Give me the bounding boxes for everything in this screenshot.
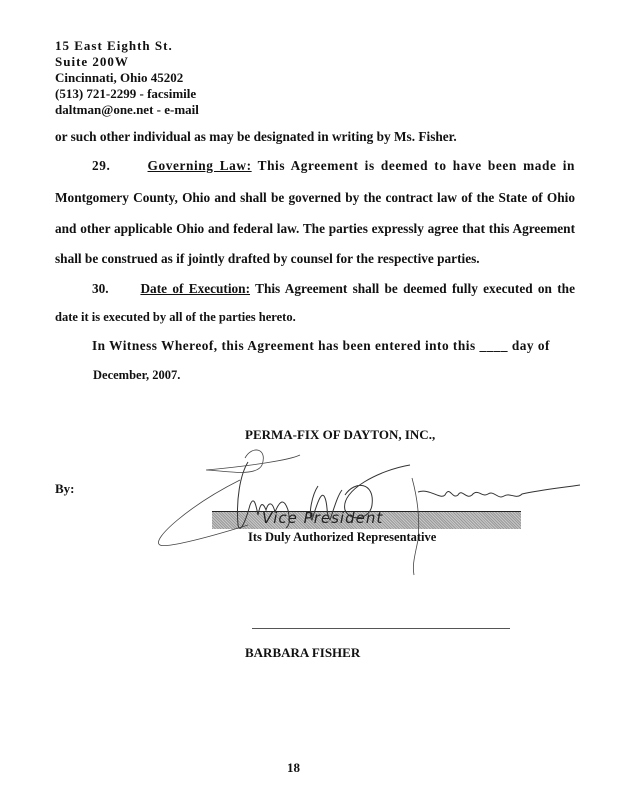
section-29-line-2: Montgomery County, Ohio and shall be gov… — [55, 190, 575, 206]
section-30-heading: Date of Execution: — [140, 281, 250, 296]
second-signature-line — [252, 628, 510, 629]
section-29-line-4: shall be construed as if jointly drafted… — [55, 251, 480, 267]
by-label: By: — [55, 481, 75, 497]
address-suite: Suite 200W — [55, 54, 129, 70]
section-29-line-3: and other applicable Ohio and federal la… — [55, 221, 575, 237]
second-signatory-name: BARBARA FISHER — [245, 645, 360, 661]
representative-label: Its Duly Authorized Representative — [248, 530, 436, 545]
section-29-heading: Governing Law: — [148, 158, 252, 173]
address-fax: (513) 721-2299 - facsimile — [55, 86, 196, 102]
section-30-line-1: 30. Date of Execution: This Agreement sh… — [92, 281, 575, 297]
page-number: 18 — [287, 760, 300, 776]
section-30-number: 30. — [92, 281, 109, 296]
witness-line-2: December, 2007. — [93, 368, 180, 383]
address-city: Cincinnati, Ohio 45202 — [55, 70, 183, 86]
section-30-line-2: date it is executed by all of the partie… — [55, 310, 296, 325]
designation-line: or such other individual as may be desig… — [55, 129, 457, 145]
section-29-line-1: 29. Governing Law: This Agreement is dee… — [92, 158, 575, 174]
handwritten-title: Vice President — [262, 509, 383, 527]
address-email: daltman@one.net - e-mail — [55, 102, 199, 118]
address-street: 15 East Eighth St. — [55, 38, 173, 54]
company-name: PERMA-FIX OF DAYTON, INC., — [245, 427, 435, 443]
signature-icon — [0, 0, 640, 810]
witness-line-1: In Witness Whereof, this Agreement has b… — [92, 338, 550, 354]
section-29-number: 29. — [92, 158, 110, 173]
